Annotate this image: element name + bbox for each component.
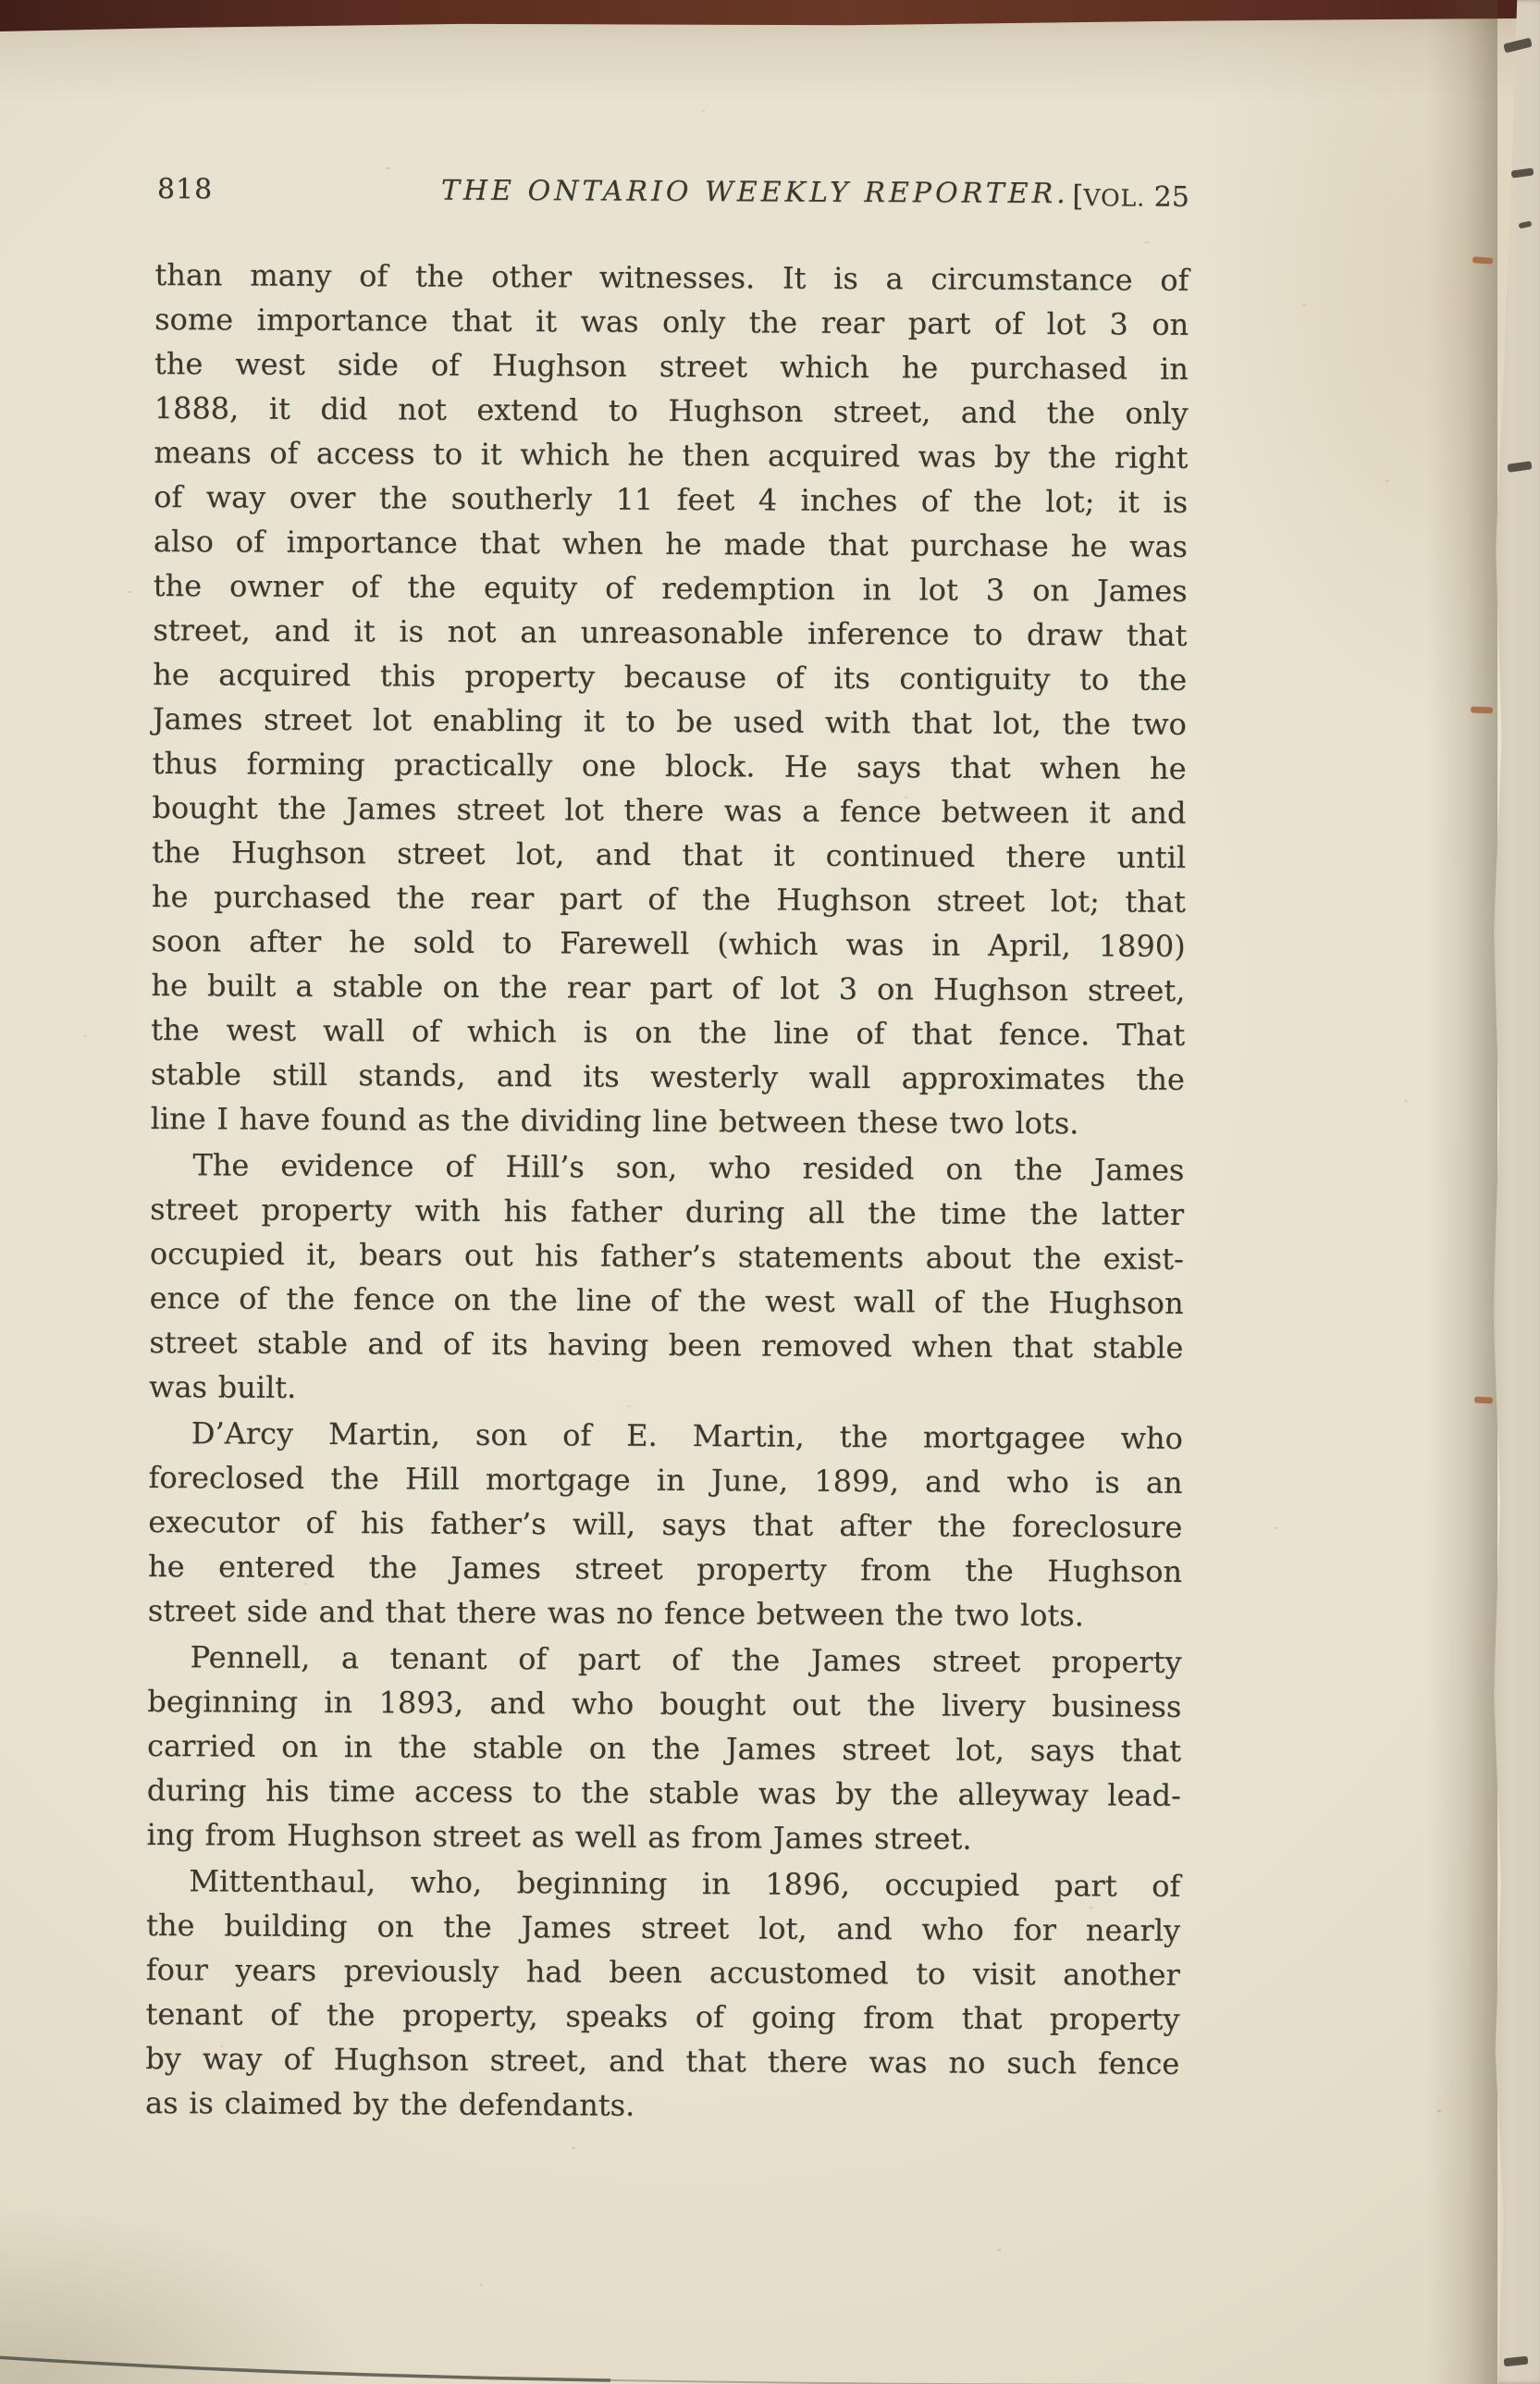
volume-label: [VOL. 25 xyxy=(1072,178,1189,217)
text-line: he purchased the rear part of the Hughso… xyxy=(152,874,1186,924)
text-line: of way over the southerly 11 feet 4 inch… xyxy=(154,475,1188,525)
text-line: 1888, it did not extend to Hughson stree… xyxy=(154,386,1189,436)
text-line: he entered the James street property fro… xyxy=(148,1544,1182,1594)
text-line: bought the James street lot there was a … xyxy=(152,785,1186,835)
text-line: The evidence of Hill’s son, who resided … xyxy=(150,1143,1184,1192)
text-line: the Hughson street lot, and that it cont… xyxy=(152,830,1186,880)
text-line: beginning in 1893, and who bought out th… xyxy=(147,1679,1181,1729)
text-line: street property with his father during a… xyxy=(150,1187,1184,1237)
text-line: the owner of the equity of redemption in… xyxy=(154,563,1188,613)
text-line: street stable and of its having been rem… xyxy=(149,1320,1183,1370)
volume-word: VOL. xyxy=(1083,184,1145,211)
text-line: ing from Hughson street as well as from … xyxy=(146,1812,1180,1862)
running-header: 818 THE ONTARIO WEEKLY REPORTER. [VOL. 2… xyxy=(155,171,1189,214)
text-line: the west side of Hughson street which he… xyxy=(154,341,1189,391)
text-line: tenant of the property, speaks of going … xyxy=(145,1992,1179,2042)
text-line: occupied it, bears out his father’s stat… xyxy=(150,1231,1184,1281)
text-line: than many of the other witnesses. It is … xyxy=(154,253,1189,303)
text-line: the building on the James street lot, an… xyxy=(146,1903,1180,1953)
text-line: James street lot enabling it to be used … xyxy=(153,697,1187,747)
page-number: 818 xyxy=(157,171,213,208)
text-line: Mittenthaul, who, beginning in 1896, occ… xyxy=(146,1859,1180,1908)
text-line: foreclosed the Hill mortgage in June, 18… xyxy=(148,1455,1182,1505)
text-line: four years previously had been accustome… xyxy=(146,1947,1180,1997)
text-line: street, and it is not an unreasonable in… xyxy=(153,608,1187,658)
binding-top-band xyxy=(0,0,1540,31)
paragraph: than many of the other witnesses. It is … xyxy=(151,253,1189,1146)
binding-thread-mark xyxy=(1472,256,1493,265)
text-line: D’Arcy Martin, son of E. Martin, the mor… xyxy=(149,1411,1183,1461)
text-line: thus forming practically one block. He s… xyxy=(153,741,1187,791)
text-line: stable still stands, and its westerly wa… xyxy=(151,1052,1185,1102)
text-line: ence of the fence on the line of the wes… xyxy=(149,1276,1183,1326)
text-line: line I have found as the dividing line b… xyxy=(151,1096,1185,1146)
binding-thread-mark xyxy=(1471,707,1493,714)
text-line: means of access to it which he then acqu… xyxy=(154,430,1188,480)
text-line: carried on in the stable on the James st… xyxy=(147,1723,1181,1773)
text-line: Pennell, a tenant of part of the James s… xyxy=(147,1635,1181,1685)
text-line: executor of his father’s will, says that… xyxy=(148,1500,1182,1550)
book-page: 818 THE ONTARIO WEEKLY REPORTER. [VOL. 2… xyxy=(0,0,1540,2384)
text-line: soon after he sold to Farewell (which wa… xyxy=(152,919,1186,969)
text-line: the west wall of which is on the line of… xyxy=(151,1007,1185,1057)
volume-bracket: [ xyxy=(1072,179,1083,213)
paragraph: D’Arcy Martin, son of E. Martin, the mor… xyxy=(148,1411,1183,1638)
text-line: also of importance that when he made tha… xyxy=(154,519,1188,569)
text-line: some importance that it was only the rea… xyxy=(154,297,1189,347)
paragraph: Pennell, a tenant of part of the James s… xyxy=(146,1635,1181,1862)
paragraph: Mittenthaul, who, beginning in 1896, occ… xyxy=(145,1859,1180,2131)
volume-number: 25 xyxy=(1154,181,1189,214)
text-line: he built a stable on the rear part of lo… xyxy=(151,963,1185,1013)
page-content: 818 THE ONTARIO WEEKLY REPORTER. [VOL. 2… xyxy=(145,171,1189,2132)
binding-thread-mark xyxy=(1474,1396,1493,1403)
text-line: as is claimed by the defendants. xyxy=(145,2081,1179,2131)
text-line: during his time access to the stable was… xyxy=(147,1768,1181,1818)
text-line: by way of Hughson street, and that there… xyxy=(145,2036,1179,2086)
journal-title: THE ONTARIO WEEKLY REPORTER. xyxy=(441,173,1069,214)
body-paragraphs: than many of the other witnesses. It is … xyxy=(145,253,1189,2131)
torn-edge-shadow xyxy=(1427,0,1497,2384)
text-line: he acquired this property because of its… xyxy=(153,652,1187,702)
text-line: was built. xyxy=(149,1365,1183,1414)
text-line: street side and that there was no fence … xyxy=(148,1588,1182,1638)
paragraph: The evidence of Hill’s son, who resided … xyxy=(149,1143,1184,1414)
